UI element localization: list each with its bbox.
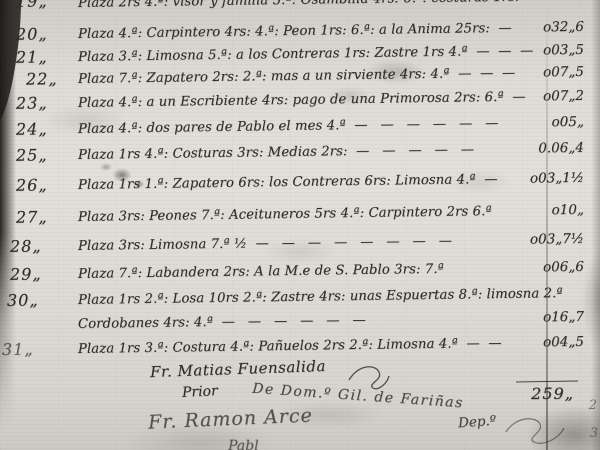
entry-description: Plaza 3.ª: Limosna 5.ª: a los Contreras …: [78, 44, 534, 65]
entry-day: 21„: [16, 47, 48, 66]
entry-amount-reales: 0.06„4: [538, 140, 584, 157]
total-sum-rule: [516, 380, 578, 382]
entry-description: Plaza 4.ª: dos pares de Pablo el mes 4.ª…: [78, 116, 499, 137]
ledger-entry-row: 28„ Plaza 3rs: Limosna 7.ª ½ — — — — — —…: [0, 229, 600, 261]
entry-description: Plaza 2rs 4.ª: visor y familia 5.ª: Osam…: [78, 0, 520, 11]
entry-description: Cordobanes 4rs: 4.ª — — — — — —: [78, 313, 366, 332]
entry-amount-reales: o32„6: [543, 19, 584, 36]
third-friar-signature: Fr. Ramon Arce: [148, 404, 314, 433]
ledger-entry-row: 19„ Plaza 2rs 4.ª: visor y familia 5.ª: …: [0, 0, 600, 16]
entry-amount-reales: o03„5: [543, 42, 584, 59]
entry-day: 31„: [2, 340, 34, 359]
entry-description: Plaza 1rs 4.ª: Costuras 3rs: Medias 2rs:…: [78, 142, 474, 163]
entry-description: Plaza 3rs: Peones 7.ª: Aceituneros 5rs 4…: [78, 204, 492, 225]
entry-amount-reales: o03„1½: [530, 170, 584, 187]
partial-cutoff-text: Pabl: [228, 438, 259, 450]
entry-description: Plaza 4.ª: a un Escribiente 4rs: pago de…: [78, 90, 526, 111]
entry-day: 22„: [26, 69, 58, 88]
entry-description: Plaza 1rs 2.ª: Losa 10rs 2.ª: Zastre 4rs…: [78, 286, 563, 308]
ledger-entry-row: 26„ Plaza 1rs 1.ª: Zapatero 6rs: los Con…: [0, 168, 600, 200]
entry-day: 26„: [16, 175, 48, 194]
page-edge-mark: 3: [590, 426, 598, 441]
entry-day: 27„: [16, 207, 48, 226]
depositary-title: Dep.º: [457, 413, 496, 432]
entry-amount-reales: o07„5: [543, 64, 584, 81]
ledger-entry-row: 27„ Plaza 3rs: Peones 7.ª: Aceituneros 5…: [0, 200, 600, 232]
entry-description: Plaza 3rs: Limosna 7.ª ½ — — — — — — — —: [78, 234, 452, 254]
entry-amount-reales: o16„7: [543, 309, 584, 326]
entry-description: Plaza 4.ª: Carpintero 4rs: 4.ª: Peon 1rs…: [78, 21, 512, 42]
entry-description: Plaza 1rs 3.ª: Costura 4.ª: Pañuelos 2rs…: [78, 336, 502, 357]
entry-description: Plaza 7.ª: Zapatero 2rs: 2.ª: mas a un s…: [78, 66, 515, 87]
entry-amount-reales: o10„: [551, 202, 584, 218]
entry-day: 25„: [16, 145, 48, 164]
entry-amount-reales: o07„2: [543, 88, 584, 105]
entry-description: Plaza 1rs 1.ª: Zapatero 6rs: los Contrer…: [78, 172, 498, 193]
depositary-rubric-flourish: [500, 412, 570, 448]
entry-amount-reales: o06„6: [543, 259, 584, 276]
page-edge-mark: 2: [589, 398, 597, 413]
entry-amount-reales: o05„: [551, 114, 584, 130]
entry-day: 23„: [16, 93, 48, 112]
entry-day: 29„: [10, 264, 42, 283]
prior-title: Prior: [182, 383, 219, 401]
total-amount: 259„: [531, 384, 574, 403]
entry-description: Plaza 7.ª: Labandera 2rs: A la M.e de S.…: [78, 262, 444, 282]
entry-day: 24„: [16, 119, 48, 138]
entry-day: 30„: [7, 290, 39, 309]
manuscript-ledger-page: 19„ Plaza 2rs 4.ª: visor y familia 5.ª: …: [0, 0, 600, 450]
entry-day: 28„: [10, 236, 42, 255]
entry-day: 19„: [16, 0, 48, 11]
entry-amount-reales: o03„7½: [530, 231, 584, 248]
entry-amount-reales: o04„5: [543, 334, 584, 351]
entry-amount-reales: o29„: [551, 0, 584, 2]
entry-day: 20„: [16, 24, 48, 43]
